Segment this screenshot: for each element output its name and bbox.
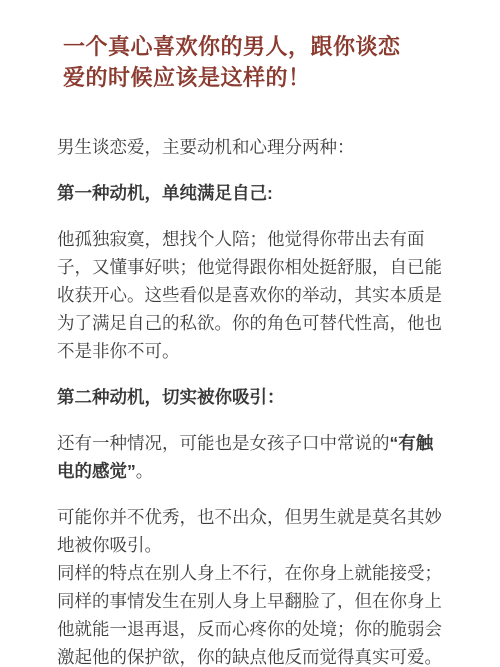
section1-paragraph: 他孤独寂寞，想找个人陪；他觉得你带出去有面子，又懂事好哄；他觉得跟你相处挺舒服，… — [57, 225, 443, 365]
section2-lead-prefix: 还有一种情况，可能也是女孩子口中常说的 — [57, 433, 390, 453]
section1-heading: 第一种动机，单纯满足自己: — [57, 179, 443, 207]
intro-line: 男生谈恋爱，主要动机和心理分两种： — [57, 133, 443, 161]
section2-lead: 还有一种情况，可能也是女孩子口中常说的“有触电的感觉”。 — [57, 429, 443, 485]
section2-paragraph: 可能你并不优秀，也不出众，但男生就是莫名其妙地被你吸引。 同样的特点在别人身上不… — [57, 503, 443, 667]
article-title: 一个真心喜欢你的男人，跟你谈恋爱的时候应该是这样的！ — [63, 31, 421, 93]
section2-lead-suffix: 。 — [136, 461, 154, 481]
section2-line-2: 同样的特点在别人身上不行，在你身上就能接受； — [57, 559, 443, 587]
article-page: 一个真心喜欢你的男人，跟你谈恋爱的时候应该是这样的！ 男生谈恋爱，主要动机和心理… — [0, 0, 500, 667]
section2-line-3: 同样的事情发生在别人身上早翻脸了，但在你身上他就能一退再退，反而心疼你的处境；你… — [57, 587, 443, 667]
section2-line-1: 可能你并不优秀，也不出众，但男生就是莫名其妙地被你吸引。 — [57, 503, 443, 559]
article-body: 一个真心喜欢你的男人，跟你谈恋爱的时候应该是这样的！ 男生谈恋爱，主要动机和心理… — [57, 0, 449, 667]
section2-heading: 第二种动机，切实被你吸引： — [57, 383, 443, 411]
